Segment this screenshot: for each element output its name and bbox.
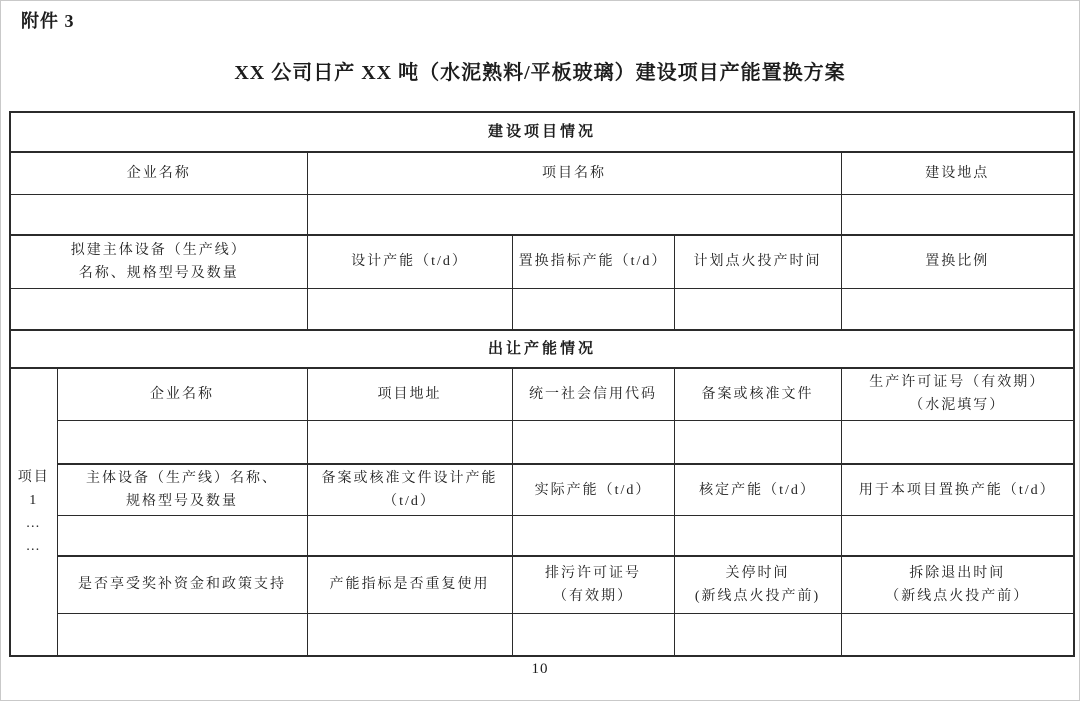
value-cell-pollution-permit	[512, 614, 674, 656]
value-cell-transfer-enterprise-name	[57, 420, 307, 464]
value-cell-filing-approval-document	[674, 420, 841, 464]
value-cell-social-credit-code	[512, 420, 674, 464]
header-production-license: 生产许可证号（有效期） （水泥填写）	[841, 368, 1074, 420]
project-1-label-cell: 项目 1 … …	[10, 368, 57, 656]
planned-value-row	[10, 288, 1074, 330]
value-cell-planned-main-equipment	[10, 288, 307, 330]
header-filing-approval-document: 备案或核准文件	[674, 368, 841, 420]
value-cell-replacement-ratio	[841, 288, 1074, 330]
header-pollution-permit: 排污许可证号 （有效期）	[512, 556, 674, 614]
value-cell-shutdown-time	[674, 614, 841, 656]
value-cell-project-name	[307, 194, 841, 235]
planned-header-row: 拟建主体设备（生产线） 名称、规格型号及数量 设计产能（t/d） 置换指标产能（…	[10, 235, 1074, 288]
value-cell-main-equipment	[57, 516, 307, 556]
value-cell-capacity-index-reuse	[307, 614, 512, 656]
transfer-header-row: 项目 1 … … 企业名称 项目地址 统一社会信用代码 备案或核准文件 生产许可…	[10, 368, 1074, 420]
header-replacement-ratio: 置换比例	[841, 235, 1074, 288]
header-main-equipment: 主体设备（生产线）名称、 规格型号及数量	[57, 464, 307, 516]
header-filing-design-capacity: 备案或核准文件设计产能 （t/d）	[307, 464, 512, 516]
page-title: XX 公司日产 XX 吨（水泥熟料/平板玻璃）建设项目产能置换方案	[1, 56, 1079, 85]
construction-header-row: 企业名称 项目名称 建设地点	[10, 152, 1074, 194]
value-cell-filing-design-capacity	[307, 516, 512, 556]
document-page: 附件 3 XX 公司日产 XX 吨（水泥熟料/平板玻璃）建设项目产能置换方案 建…	[0, 0, 1080, 701]
value-cell-replacement-capacity	[841, 516, 1074, 556]
header-enterprise-name: 企业名称	[10, 152, 307, 194]
value-cell-verified-capacity	[674, 516, 841, 556]
value-cell-design-capacity	[307, 288, 512, 330]
header-replacement-index-capacity: 置换指标产能（t/d）	[512, 235, 674, 288]
capacity-replacement-table: 建设项目情况 企业名称 项目名称 建设地点 拟建主体设备（生产线） 名称、规格型…	[9, 111, 1075, 657]
value-cell-project-address	[307, 420, 512, 464]
construction-value-row	[10, 194, 1074, 235]
policy-value-row	[10, 614, 1074, 656]
header-replacement-capacity: 用于本项目置换产能（t/d）	[841, 464, 1074, 516]
section2-header: 出让产能情况	[10, 330, 1074, 368]
section2-header-row: 出让产能情况	[10, 330, 1074, 368]
transfer-value-row	[10, 420, 1074, 464]
header-planned-ignition-time: 计划点火投产时间	[674, 235, 841, 288]
header-subsidy-policy-support: 是否享受奖补资金和政策支持	[57, 556, 307, 614]
value-cell-construction-site	[841, 194, 1074, 235]
equipment-value-row	[10, 516, 1074, 556]
section1-header: 建设项目情况	[10, 112, 1074, 152]
header-capacity-index-reuse: 产能指标是否重复使用	[307, 556, 512, 614]
header-project-address: 项目地址	[307, 368, 512, 420]
value-cell-enterprise-name	[10, 194, 307, 235]
header-actual-capacity: 实际产能（t/d）	[512, 464, 674, 516]
header-design-capacity: 设计产能（t/d）	[307, 235, 512, 288]
value-cell-planned-ignition-time	[674, 288, 841, 330]
value-cell-production-license	[841, 420, 1074, 464]
value-cell-actual-capacity	[512, 516, 674, 556]
header-social-credit-code: 统一社会信用代码	[512, 368, 674, 420]
page-number: 10	[1, 661, 1079, 678]
equipment-header-row: 主体设备（生产线）名称、 规格型号及数量 备案或核准文件设计产能 （t/d） 实…	[10, 464, 1074, 516]
value-cell-subsidy-policy-support	[57, 614, 307, 656]
attachment-label: 附件 3	[21, 7, 75, 33]
header-construction-site: 建设地点	[841, 152, 1074, 194]
header-verified-capacity: 核定产能（t/d）	[674, 464, 841, 516]
header-project-name: 项目名称	[307, 152, 841, 194]
header-shutdown-time: 关停时间 (新线点火投产前)	[674, 556, 841, 614]
value-cell-replacement-index-capacity	[512, 288, 674, 330]
header-transfer-enterprise-name: 企业名称	[57, 368, 307, 420]
value-cell-demolition-exit-time	[841, 614, 1074, 656]
header-planned-main-equipment: 拟建主体设备（生产线） 名称、规格型号及数量	[10, 235, 307, 288]
section1-header-row: 建设项目情况	[10, 112, 1074, 152]
header-demolition-exit-time: 拆除退出时间 （新线点火投产前）	[841, 556, 1074, 614]
policy-header-row: 是否享受奖补资金和政策支持 产能指标是否重复使用 排污许可证号 （有效期） 关停…	[10, 556, 1074, 614]
